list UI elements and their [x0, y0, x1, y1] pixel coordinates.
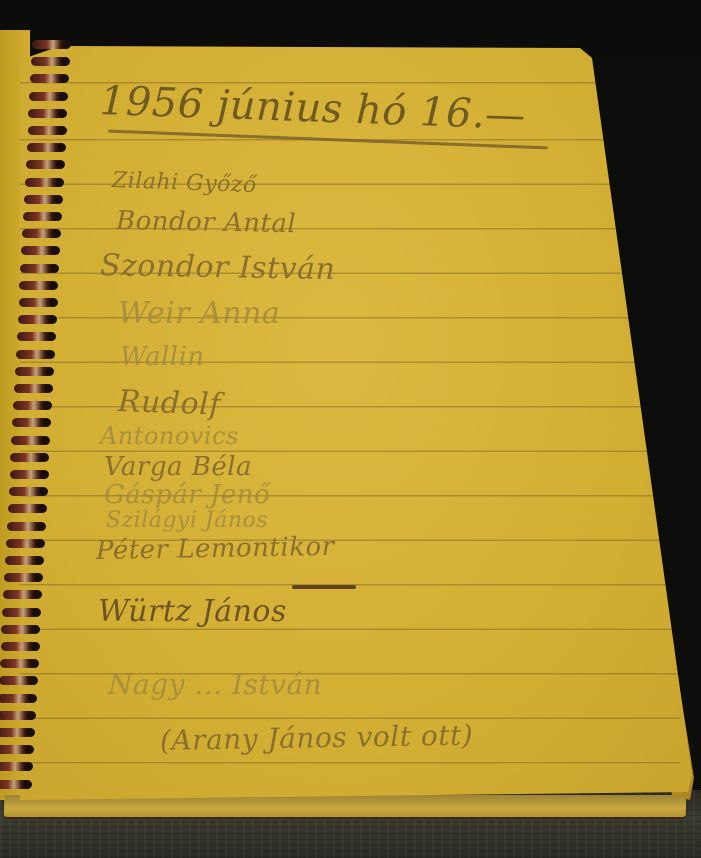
- punch-hole: [32, 608, 41, 617]
- punch-hole: [31, 642, 40, 651]
- punch-hole: [23, 780, 32, 789]
- punch-hole: [34, 573, 43, 582]
- punch-hole: [26, 728, 35, 737]
- punch-hole: [59, 92, 68, 101]
- punch-hole: [60, 74, 69, 83]
- punch-hole: [43, 401, 52, 410]
- entry-11: Péter Lemontikor: [96, 532, 335, 566]
- spiral-binding: [0, 40, 70, 800]
- entry-2: Bondor Antal: [116, 206, 297, 239]
- punch-hole: [29, 676, 38, 685]
- punch-hole: [61, 57, 70, 66]
- punch-hole: [62, 40, 71, 49]
- punch-hole: [42, 418, 51, 427]
- punch-hole: [50, 264, 59, 273]
- punch-hole: [41, 436, 50, 445]
- entry-4: Weir Anna: [118, 296, 280, 331]
- entry-3: Szondor István: [100, 248, 336, 287]
- punch-hole: [47, 332, 56, 341]
- entry-7: Antonovics: [100, 422, 239, 450]
- punch-hole: [53, 212, 62, 221]
- punch-hole: [24, 762, 33, 771]
- punch-hole: [38, 504, 47, 513]
- entry-6: Rudolf: [117, 384, 221, 423]
- punch-hole: [40, 470, 49, 479]
- punch-hole: [58, 126, 67, 135]
- punch-hole: [39, 487, 48, 496]
- entry-14: (Arany János volt ott): [160, 719, 474, 757]
- punch-hole: [35, 556, 44, 565]
- entry-12: Würtz János: [98, 594, 287, 629]
- entry-1: Zilahi Győző: [112, 168, 258, 198]
- punch-hole: [58, 109, 67, 118]
- entry-5: Wallin: [120, 342, 205, 372]
- punch-hole: [56, 160, 65, 169]
- entry-13: Nagy ... István: [108, 668, 322, 701]
- punch-hole: [25, 745, 34, 754]
- entry-10: Szilágyi János: [106, 508, 268, 533]
- punch-hole: [30, 659, 39, 668]
- punch-hole: [40, 453, 49, 462]
- punch-hole: [27, 711, 36, 720]
- punch-hole: [45, 367, 54, 376]
- punch-hole: [57, 143, 66, 152]
- punch-hole: [51, 246, 60, 255]
- punch-hole: [37, 522, 46, 531]
- punch-hole: [36, 539, 45, 548]
- punch-hole: [44, 384, 53, 393]
- punch-hole: [49, 281, 58, 290]
- punch-hole: [49, 298, 58, 307]
- punch-hole: [54, 195, 63, 204]
- entry-8: Varga Béla: [104, 452, 252, 482]
- punch-hole: [48, 315, 57, 324]
- punch-hole: [28, 694, 37, 703]
- punch-hole: [31, 625, 40, 634]
- pencil-mark: [292, 585, 356, 589]
- punch-hole: [46, 350, 55, 359]
- punch-hole: [33, 590, 42, 599]
- punch-hole: [55, 178, 64, 187]
- notebook-photo: 1956 június hó 16.— Zilahi Győző Bondor …: [0, 0, 701, 858]
- punch-hole: [52, 229, 61, 238]
- entry-9: Gáspár Jenő: [104, 480, 270, 510]
